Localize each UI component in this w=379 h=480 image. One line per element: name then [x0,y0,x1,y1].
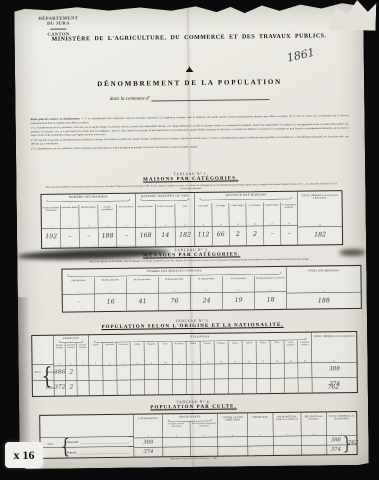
row-brace: { [41,359,52,393]
cell-value: 2 [65,381,77,396]
column-header: Grecs10 [158,342,172,365]
nationalite-total-column: TOTAL GÉNÉRAL de la population21 388 374… [311,332,357,393]
culte-row-labels: Sexes { masculin féminin [40,415,133,458]
column-header: Portugais14 [214,341,228,364]
empty-cell [302,436,327,445]
cell-value: 374 [134,447,163,456]
column-header: à quatre étages13 [263,202,280,225]
cell-value: 188 [287,292,361,308]
column-header: existant au dernier recensement1 [42,205,61,228]
zoom-scale-label: x 16 [14,448,35,463]
column-header: existant actuellement4 [98,204,117,227]
column-header: naturalisés Français3 [65,343,77,366]
cell-value: 41 [126,293,158,310]
stamp-rule [50,28,66,29]
menages-total-column: TOTAL DES MÉNAGES8 188 [286,266,361,309]
empty-cell [200,379,214,394]
cell-value: 386 [54,366,65,381]
mahometans-column: MAHOMÉTANS (dans les colonies)7 [273,413,302,455]
empty-cell [256,364,270,379]
total-title: TOTAL GÉNÉRAL de la population [313,335,354,338]
column-header: Turcs18 [270,340,284,363]
column-header: autres étrangers19 [284,340,298,363]
commune-blank-line [152,99,270,101]
empty-cell [130,380,144,395]
cell-value: – [280,226,297,245]
cell-value: 192 [42,229,61,248]
empty-cell [117,380,131,395]
dotted-leader [78,453,129,454]
empty-cell [242,364,256,379]
cell-value: 182 [175,227,195,246]
cell-value: – [263,226,280,245]
table-nationalite: Sexes { masculin féminin FRANÇAIS França… [31,331,356,395]
cell-value: · [63,294,95,311]
cell-value: 388 [312,363,356,378]
israelites-column: ISRAÉLITES6 [247,413,273,455]
cell-value: 112 [195,227,212,246]
cell-value: 19 [222,292,254,309]
column-header: maisons vacantes7 [155,204,175,227]
cell-value: 372 [54,381,65,396]
empty-cell [270,378,284,393]
empty-cell [102,365,116,380]
group-title: ÉTRANGERS [191,335,210,338]
cell-value: 188 [98,228,117,247]
maisons-group-nombre: NOMBRE DES MAISONS existant au dernier r… [41,194,135,248]
instructions-lead-in: Règles générales relatives au dénombreme… [31,118,84,121]
group-title: MAISONS HABITÉES OU NON [141,195,189,199]
column-header: de deux personnes2 [94,277,126,293]
empty-cell [242,379,256,394]
empty-cell [103,380,117,395]
group-title: FRANÇAIS [63,337,79,340]
cell-value: 66 [212,227,229,246]
empty-cell [144,365,158,380]
cell-value: 2 [246,226,263,245]
zoom-scale-badge: x 16 [5,442,43,468]
empty-cell [270,363,284,378]
empty-cell [163,447,190,456]
cell-value [77,366,89,381]
empty-cell [256,379,270,394]
column-header: Anglais5 [89,343,103,366]
cell-value: 24 [190,293,222,310]
empty-cell [214,364,228,379]
column-header: sans étage9 [195,203,212,226]
column-header: de quatre personnes4 [158,277,190,293]
group-brace [200,197,293,201]
column-header: Suisses17 [256,341,270,364]
maisons-total-column: TOTAL GÉNÉRAL des maisons d'habitation15… [297,191,342,245]
column-header: de sept personnes et au-dessus7 [254,275,286,291]
cell-value: – [117,228,136,247]
empty-cell [273,446,301,455]
column-header: de six personnes6 [222,276,254,292]
cell-value: 18 [254,292,286,309]
empty-cell [248,436,273,445]
empty-cell [172,365,186,380]
empty-cell [186,364,200,379]
general-instructions: Règles générales relatives au dénombreme… [31,114,350,164]
cell-value: – [60,228,79,247]
column-title: ISRAÉLITES [249,416,271,419]
empty-cell [218,437,248,446]
empty-cell [284,363,298,378]
empty-cell [190,447,218,456]
cell-value: 2 [65,366,77,381]
religion-inconnue-column: RELIGION non constatée8 [301,412,327,454]
empty-cell [116,365,130,380]
empty-cell [273,436,301,445]
column-header: à trois étages12 [246,203,263,226]
total-title: TOTAL DES MÉNAGES [288,269,359,273]
column-header: d'une personne1 [63,278,95,294]
column-title: AUTRES CULTES CHRÉTIENS [219,416,246,421]
empty-cell [163,438,190,447]
empty-cell [190,437,218,446]
group-brace [47,199,131,203]
empty-cell [228,364,242,379]
cell-value: 388 [134,438,163,447]
francais-group: FRANÇAIS Français d'origine2 naturalisés… [53,335,89,395]
column-header: Français d'origine2 [54,343,65,366]
column-header: Russes15 [228,341,242,364]
cell-value: – [79,228,98,247]
group-brace [141,198,190,201]
handwritten-year: 1861 [286,46,316,65]
empty-cell [218,446,248,455]
empty-cell [172,380,186,395]
maisons-group-hauteur: HAUTEUR DES MAISONS sans étage9 à un éta… [194,192,298,246]
table-maisons: NOMBRE DES MAISONS existant au dernier r… [40,190,341,247]
column-header: en construction5 [116,204,135,227]
empty-cell [200,364,214,379]
empty-cell [214,379,228,394]
column-header: Belges8 [130,342,144,365]
cell-value: 168 [136,227,155,246]
column-header: Suédois16 [242,341,256,364]
total-title: TOTAL GÉNÉRAL de la population [328,415,355,420]
menages-group: NOMBRE DES MÉNAGES COMPOSÉS d'une person… [62,267,286,312]
sexes-label: Sexes [35,371,41,374]
column-header: à cinq étages et au-dessus14 [280,202,297,225]
empty-cell [89,381,103,396]
empty-cell [158,365,172,380]
cell-value: 16 [94,294,126,311]
column-header: Autrichiens7 [116,342,130,365]
column-header: total8 [175,203,195,226]
group-title: PROTESTANTS [179,415,200,418]
column-header: à deux étages11 [229,203,246,226]
empty-cell [89,366,103,381]
maisons-group-habitees: MAISONS HABITÉES OU NON maisons habitées… [135,193,195,247]
row-label-feminin: féminin [41,447,134,458]
empty-cell [158,380,172,395]
grand-total-value: 762 [348,439,359,446]
empty-cell [284,378,298,393]
empty-cell [248,446,273,455]
catholiques-column: CATHOLIQUES2 388 374 [133,414,163,456]
group-title: NOMBRE DES MAISONS [69,196,108,199]
empty-cell [144,380,158,395]
column-header: démolies depuis3 [79,205,98,228]
column-header: construites depuis2 [60,205,79,228]
table-menages: NOMBRE DES MÉNAGES COMPOSÉS d'une person… [61,265,359,311]
column-header: de la confession d'Augsbourg (luthériens… [190,421,218,437]
empty-cell [298,378,312,393]
column-header: total des Français4 [77,343,89,366]
cell-value: 374 [327,445,357,454]
cell-value: 182 [298,227,342,245]
empty-cell [298,363,312,378]
column-header: Espagnols9 [144,342,158,365]
empty-cell [228,379,242,394]
cell-value [77,381,89,396]
cell-value: 76 [158,293,190,310]
column-header: Hollandais11 [172,342,186,365]
nationalite-row-labels: Sexes { masculin féminin [32,336,54,396]
empty-cell [130,365,144,380]
commune-prefix: dans la commune d' [110,97,150,102]
column-header: de trois personnes3 [126,277,158,293]
table-culte: Sexes { masculin féminin CATHOLIQUES2 38… [39,411,355,457]
column-header: maisons habitées6 [136,204,156,227]
protestants-group: PROTESTANTS de l'Église réformée (calvin… [162,414,217,457]
empty-cell [186,379,200,394]
dotted-leader [80,443,129,444]
etrangers-group: ÉTRANGERS Anglais5 Allemands6Autrichiens… [88,333,312,396]
stamp-line: DU JURA [26,20,90,26]
column-title: MAHOMÉTANS (dans les colonies) [275,416,300,421]
cell-value: 14 [155,227,175,246]
column-header: à un étage10 [211,203,228,226]
column-header: nationalité inconnue20 [298,340,312,363]
column-header: Polonais13 [200,341,214,364]
scan-viewport: DÉPARTEMENT DU JURA CANTON MINISTÈRE DE … [0,0,379,480]
column-header: Allemands6 [102,343,116,366]
empty-cell [302,445,327,454]
census-form-page: DÉPARTEMENT DU JURA CANTON MINISTÈRE DE … [14,3,369,469]
column-header: Italiens12 [186,341,200,364]
column-header: de cinq personnes5 [190,276,222,292]
grand-total-value: 762 [328,383,340,390]
column-title: CATHOLIQUES [135,417,161,420]
total-title: TOTAL GÉNÉRAL des maisons d'habitation [299,194,340,199]
sexes-label: Sexes [48,443,54,446]
autres-cultes-column: AUTRES CULTES CHRÉTIENS5 [217,413,248,455]
row-brace: { [60,433,70,461]
group-title: HAUTEUR DES MAISONS [226,194,267,197]
culte-total-column: TOTAL GÉNÉRAL de la population9 388 374 … [326,412,357,454]
cell-value: 2 [229,226,246,245]
column-title: RELIGION non constatée [303,415,325,420]
column-header: de l'Église réformée (calvinistes)3 [163,422,190,438]
